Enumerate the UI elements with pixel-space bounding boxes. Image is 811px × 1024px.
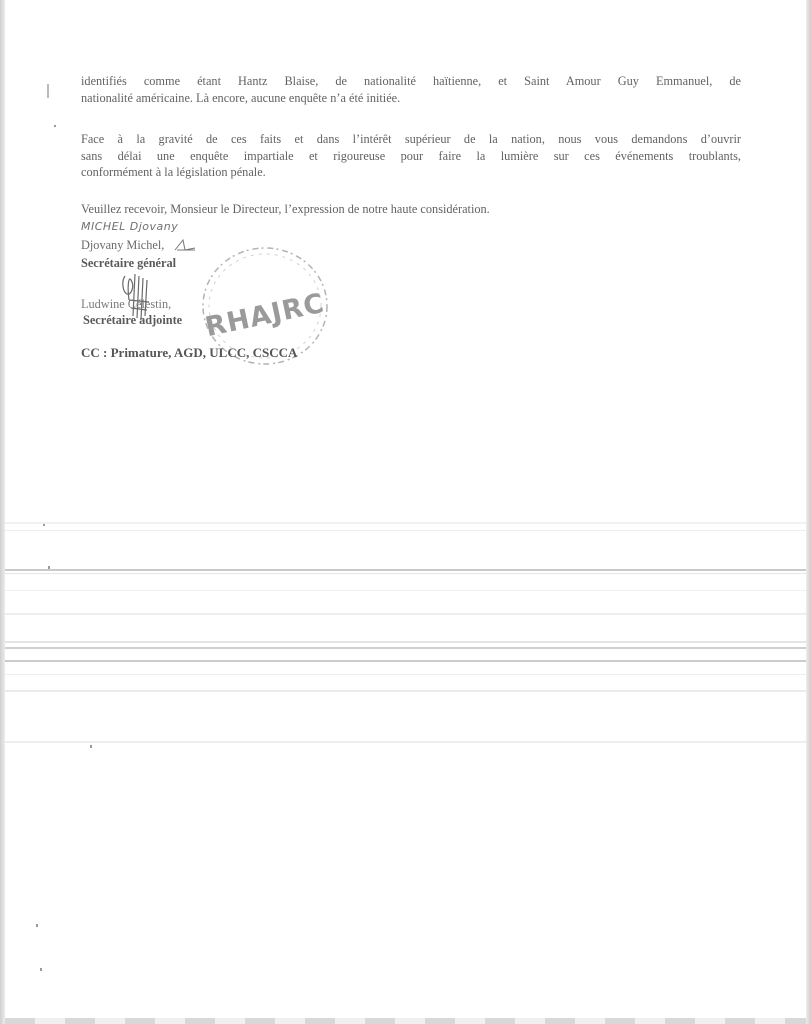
scan-artifact (5, 690, 806, 692)
carbon-copy-list: CC : Primature, AGD, ULCC, CSCCA (81, 345, 297, 361)
paragraph-line: Face à la gravité de ces faits et dans l… (81, 131, 741, 148)
scan-artifact (5, 1018, 806, 1024)
scan-speck (48, 566, 50, 569)
closing-salutation: Veuillez recevoir, Monsieur le Directeur… (81, 201, 741, 218)
scan-artifact (5, 569, 806, 571)
scan-edge-right (806, 0, 811, 1024)
scan-artifact (5, 674, 806, 675)
scan-artifact (5, 590, 806, 591)
scan-artifact (5, 660, 806, 662)
paragraph-line: conformément à la législation pénale. (81, 164, 741, 181)
paragraph-investigation-status: identifiés comme étant Hantz Blaise, de … (81, 73, 741, 106)
scan-artifact (5, 741, 806, 743)
scan-artifact (5, 522, 806, 524)
stamp-text: RHAJRC (203, 288, 328, 343)
paragraph-line: nationalité américaine. Là encore, aucun… (81, 90, 741, 107)
scan-speck (90, 745, 92, 748)
scan-speck (43, 524, 45, 526)
paragraph-line: sans délai une enquête impartiale et rig… (81, 148, 741, 165)
scan-speck (54, 125, 56, 127)
signatory-title: Secrétaire adjointe (83, 313, 182, 328)
signatory-title: Secrétaire général (81, 256, 176, 271)
paragraph-request: Face à la gravité de ces faits et dans l… (81, 131, 741, 181)
closing-text: Veuillez recevoir, Monsieur le Directeur… (81, 201, 741, 218)
scan-artifact (5, 530, 806, 531)
signatory-name: Ludwine Célestin, (81, 297, 171, 312)
signatory-name: Djovany Michel, (81, 238, 164, 253)
scan-artifact (5, 573, 806, 574)
scan-speck (47, 84, 49, 98)
scan-speck (36, 924, 38, 927)
document-page: identifiés comme étant Hantz Blaise, de … (5, 0, 806, 1024)
scan-artifact (5, 647, 806, 649)
scan-artifact (5, 613, 806, 615)
scan-artifact (5, 641, 806, 643)
scan-speck (40, 968, 42, 971)
paragraph-line: identifiés comme étant Hantz Blaise, de … (81, 73, 741, 90)
handwritten-signature-text: MICHEL Djovany (81, 220, 178, 233)
